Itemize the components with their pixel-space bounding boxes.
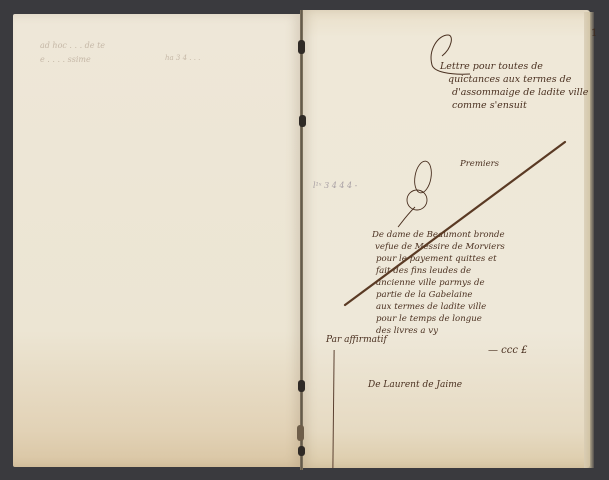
binding-thread <box>299 115 306 127</box>
binding-thread <box>297 425 304 441</box>
footer-entry: De Laurent de Jaime <box>368 380 462 392</box>
left-page <box>13 14 301 467</box>
margin-annotation: Par affirmatif <box>326 335 387 347</box>
entry-sum: — ccc £ <box>488 345 528 357</box>
heading-line: quictances aux termes de <box>448 73 571 86</box>
bleed-through-line: e . . . . ssime <box>40 54 91 66</box>
heading-line: comme s'ensuit <box>452 99 527 112</box>
bleed-through-line: ad hoc . . . de te <box>40 40 105 52</box>
binding-thread <box>298 40 305 54</box>
heading-line: d'assommaige de ladite ville <box>452 86 588 99</box>
binding-gutter <box>300 10 303 470</box>
cancellation-stroke <box>340 140 580 310</box>
left-margin-note: ha 3 4 . . . <box>165 52 200 64</box>
page-stack-edge <box>584 12 594 468</box>
heading-line: Lettre pour toutes de <box>440 60 543 73</box>
folio-number: 1 <box>591 28 597 39</box>
manuscript-spread: ad hoc . . . de te e . . . . ssime ha 3 … <box>0 0 609 480</box>
entry-line: pour le temps de longue <box>376 314 482 326</box>
binding-thread <box>298 380 305 392</box>
binding-thread <box>298 446 305 456</box>
